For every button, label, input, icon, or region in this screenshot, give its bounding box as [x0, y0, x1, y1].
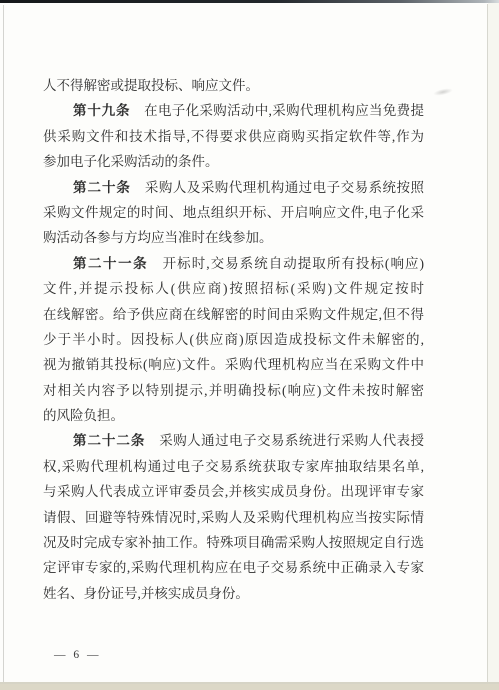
text-line: 第十九条 在电子化采购活动中,采购代理机构应当免费提 — [43, 98, 424, 123]
text-line: 第二十二条 采购人通过电子交易系统进行采购人代表授 — [43, 428, 424, 453]
text-line: 权,采购代理机构通过电子交易系统获取专家库抽取结果名单, — [43, 454, 424, 479]
article-number: 第二十条 — [73, 180, 131, 195]
text-line: 请假、回避等特殊情况时,采购人及采购代理机构应当按实际情 — [43, 505, 424, 530]
text-line: 购活动各参与方均应当准时在线参加。 — [43, 225, 424, 250]
scan-margin-tint — [488, 3, 499, 682]
text-line: 定评审专家的,采购代理机构应在电子交易系统中正确录入专家 — [43, 555, 424, 580]
article-number: 第十九条 — [73, 103, 130, 118]
text-line: 人不得解密或提取投标、响应文件。 — [43, 73, 424, 98]
scan-edge-right — [487, 4, 488, 682]
text-line: 的风险负担。 — [43, 403, 424, 428]
text-line: 与采购人代表成立评审委员会,并核实成员身份。出现评审专家 — [43, 479, 424, 504]
text-line: 第二十一条 开标时,交易系统自动提取所有投标(响应) — [43, 251, 424, 276]
text-line: 视为撤销其投标(响应)文件。采购代理机构应当在采购文件中 — [43, 352, 424, 377]
document-page: 人不得解密或提取投标、响应文件。第十九条 在电子化采购活动中,采购代理机构应当免… — [0, 0, 499, 690]
scan-edge-left — [3, 5, 4, 682]
article-number: 第二十二条 — [73, 433, 145, 448]
scan-edge-top — [0, 0, 499, 3]
text-line: 姓名、身份证号,并核实成员身份。 — [43, 581, 424, 606]
text-line: 供采购文件和技术指导,不得要求供应商购买指定软件等,作为 — [43, 124, 424, 149]
scan-edge-bottom — [0, 684, 499, 690]
text-line: 文件,并提示投标人(供应商)按照招标(采购)文件规定按时 — [43, 276, 424, 301]
scan-artifact-smudge — [433, 87, 454, 97]
text-line: 采购文件规定的时间、地点组织开标、开启响应文件,电子化采 — [43, 200, 424, 225]
text-line: 对相关内容予以特别提示,并明确投标(响应)文件未按时解密 — [43, 378, 424, 403]
text-line: 况及时完成专家补抽工作。特殊项目确需采购人按照规定自行选 — [43, 530, 424, 555]
text-line: 第二十条 采购人及采购代理机构通过电子交易系统按照 — [43, 175, 424, 200]
document-text: 人不得解密或提取投标、响应文件。第十九条 在电子化采购活动中,采购代理机构应当免… — [43, 73, 424, 606]
text-line: 在线解密。给予供应商在线解密的时间由采购文件规定,但不得 — [43, 302, 424, 327]
text-line: 少于半小时。因投标人(供应商)原因造成投标文件未解密的, — [43, 327, 424, 352]
page-number: — 6 — — [54, 648, 101, 662]
article-number: 第二十一条 — [73, 256, 148, 271]
text-line: 参加电子化采购活动的条件。 — [43, 149, 424, 174]
